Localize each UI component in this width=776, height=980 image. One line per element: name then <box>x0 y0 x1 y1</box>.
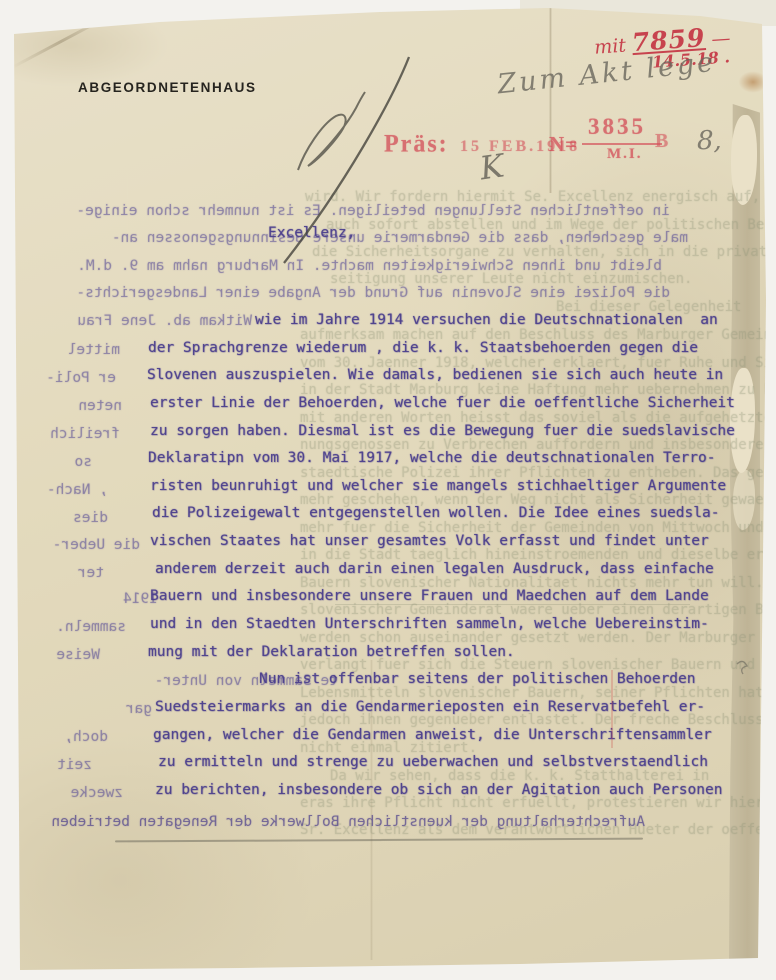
typed-line: gangen, welcher die Gendarmen anweist, d… <box>153 728 712 743</box>
stamp-no-label: N= <box>549 132 578 157</box>
bleedthrough-fragment: Weise <box>44 647 100 663</box>
typed-line: wie im Jahre 1914 versuchen die Deutschn… <box>255 313 718 328</box>
stamp-number: 3835 <box>588 114 646 140</box>
letter-sheet: ABGEORDNETENHAUS Präs: 15 FEB.1918 N= 38… <box>0 0 776 980</box>
bleedthrough-line: die Polizei eine Slovenin auf Grund der … <box>58 285 670 301</box>
stamp-suffix: B <box>655 130 668 153</box>
typed-line: der Sprachgrenze wiederum , die k. k. St… <box>148 341 698 356</box>
stamp-denominator: M.I. <box>607 146 643 163</box>
red-margin-line <box>611 670 613 748</box>
typed-line: zu ermitteln und strenge zu ueberwachen … <box>158 755 708 770</box>
typed-line: zu sorgen haben. Diesmal ist es die Bewe… <box>150 424 735 439</box>
bleedthrough-fragment: doch, <box>52 729 108 745</box>
bleedthrough-fragment: dies <box>64 510 108 526</box>
bleedthrough-fragment: ter <box>70 565 104 581</box>
bleedthrough-fragment: zwecke <box>55 785 123 801</box>
typed-line: Deklaratipn vom 30. Mai 1917, welche die… <box>148 451 715 466</box>
typed-line: die Polizeigewalt entgegenstellen wollen… <box>152 506 719 521</box>
fold-crease <box>12 14 111 68</box>
bleedthrough-fragment: sammeln. <box>34 619 126 635</box>
pencil-letter-k: K <box>477 147 506 188</box>
typed-line: risten beunruhigt und welcher sie mangel… <box>150 479 726 494</box>
bleedthrough-fragment: so <box>66 454 92 470</box>
typed-line: Bauern und insbesondere unsere Frauen un… <box>150 589 709 604</box>
typed-line: Excellenz, <box>268 226 355 241</box>
typed-line: zu berichten, insbesondere ob sich an de… <box>155 783 722 798</box>
typed-line: Nun ist offenbar seitens der politischen… <box>259 672 696 687</box>
bleedthrough-fragment: Witkam ab. Jene Frau <box>36 313 252 329</box>
red-note-word: mit <box>594 35 627 59</box>
pencil-underline <box>115 838 643 843</box>
pencil-number-8: 8, <box>697 126 722 156</box>
typed-line: mung mit der Deklaration betreffen solle… <box>148 645 515 660</box>
typed-line: Suedsteiermarks an die Gendarmerieposten… <box>155 700 705 715</box>
bleedthrough-fragment: zeit <box>48 757 92 773</box>
ghost-underline <box>335 604 690 605</box>
typed-line: erster Linie der Behoerden, welche fuer … <box>150 396 735 411</box>
typed-line: anderem derzeit auch darin einen legalen… <box>155 562 714 577</box>
scanned-document: ABGEORDNETENHAUS Präs: 15 FEB.1918 N= 38… <box>0 0 776 980</box>
bleedthrough-line: bleibt und ihnen Schwierigkeiten machte.… <box>64 258 662 274</box>
typed-line: vischen Staates hat unser gesamtes Volk … <box>150 534 709 549</box>
bleedthrough-fragment: , Nach- <box>36 482 108 498</box>
letterhead-abgeordnetenhaus: ABGEORDNETENHAUS <box>78 80 257 95</box>
bleedthrough-line: Aufrechterhaltung der kuenstlichen Bollw… <box>100 814 645 830</box>
bleedthrough-fragment: gar <box>116 701 152 717</box>
pencil-signature-flourish <box>298 92 365 170</box>
bleedthrough-fragment: er Poli- <box>36 370 116 386</box>
typed-line: und in den Staedten Unterschriften samme… <box>150 617 709 632</box>
bleedthrough-fragment: mittel <box>60 342 120 358</box>
stamp-praes: Präs: <box>384 130 449 158</box>
typed-line: Slovenen auszuspielen. Wie damals, bedie… <box>147 368 723 383</box>
bleedthrough-line: male geschehen, dass die Gendarmerie uns… <box>88 230 688 246</box>
stamp-fraction-bar <box>582 143 662 145</box>
fold-crease <box>549 8 552 193</box>
bleedthrough-fragment: die Ueber- <box>36 537 140 553</box>
bleedthrough-fragment: neten <box>66 398 122 414</box>
bleedthrough-fragment: freilich <box>40 426 120 442</box>
bleedthrough-line: in oeffentlichen Stellungen beteiligen. … <box>70 203 670 219</box>
